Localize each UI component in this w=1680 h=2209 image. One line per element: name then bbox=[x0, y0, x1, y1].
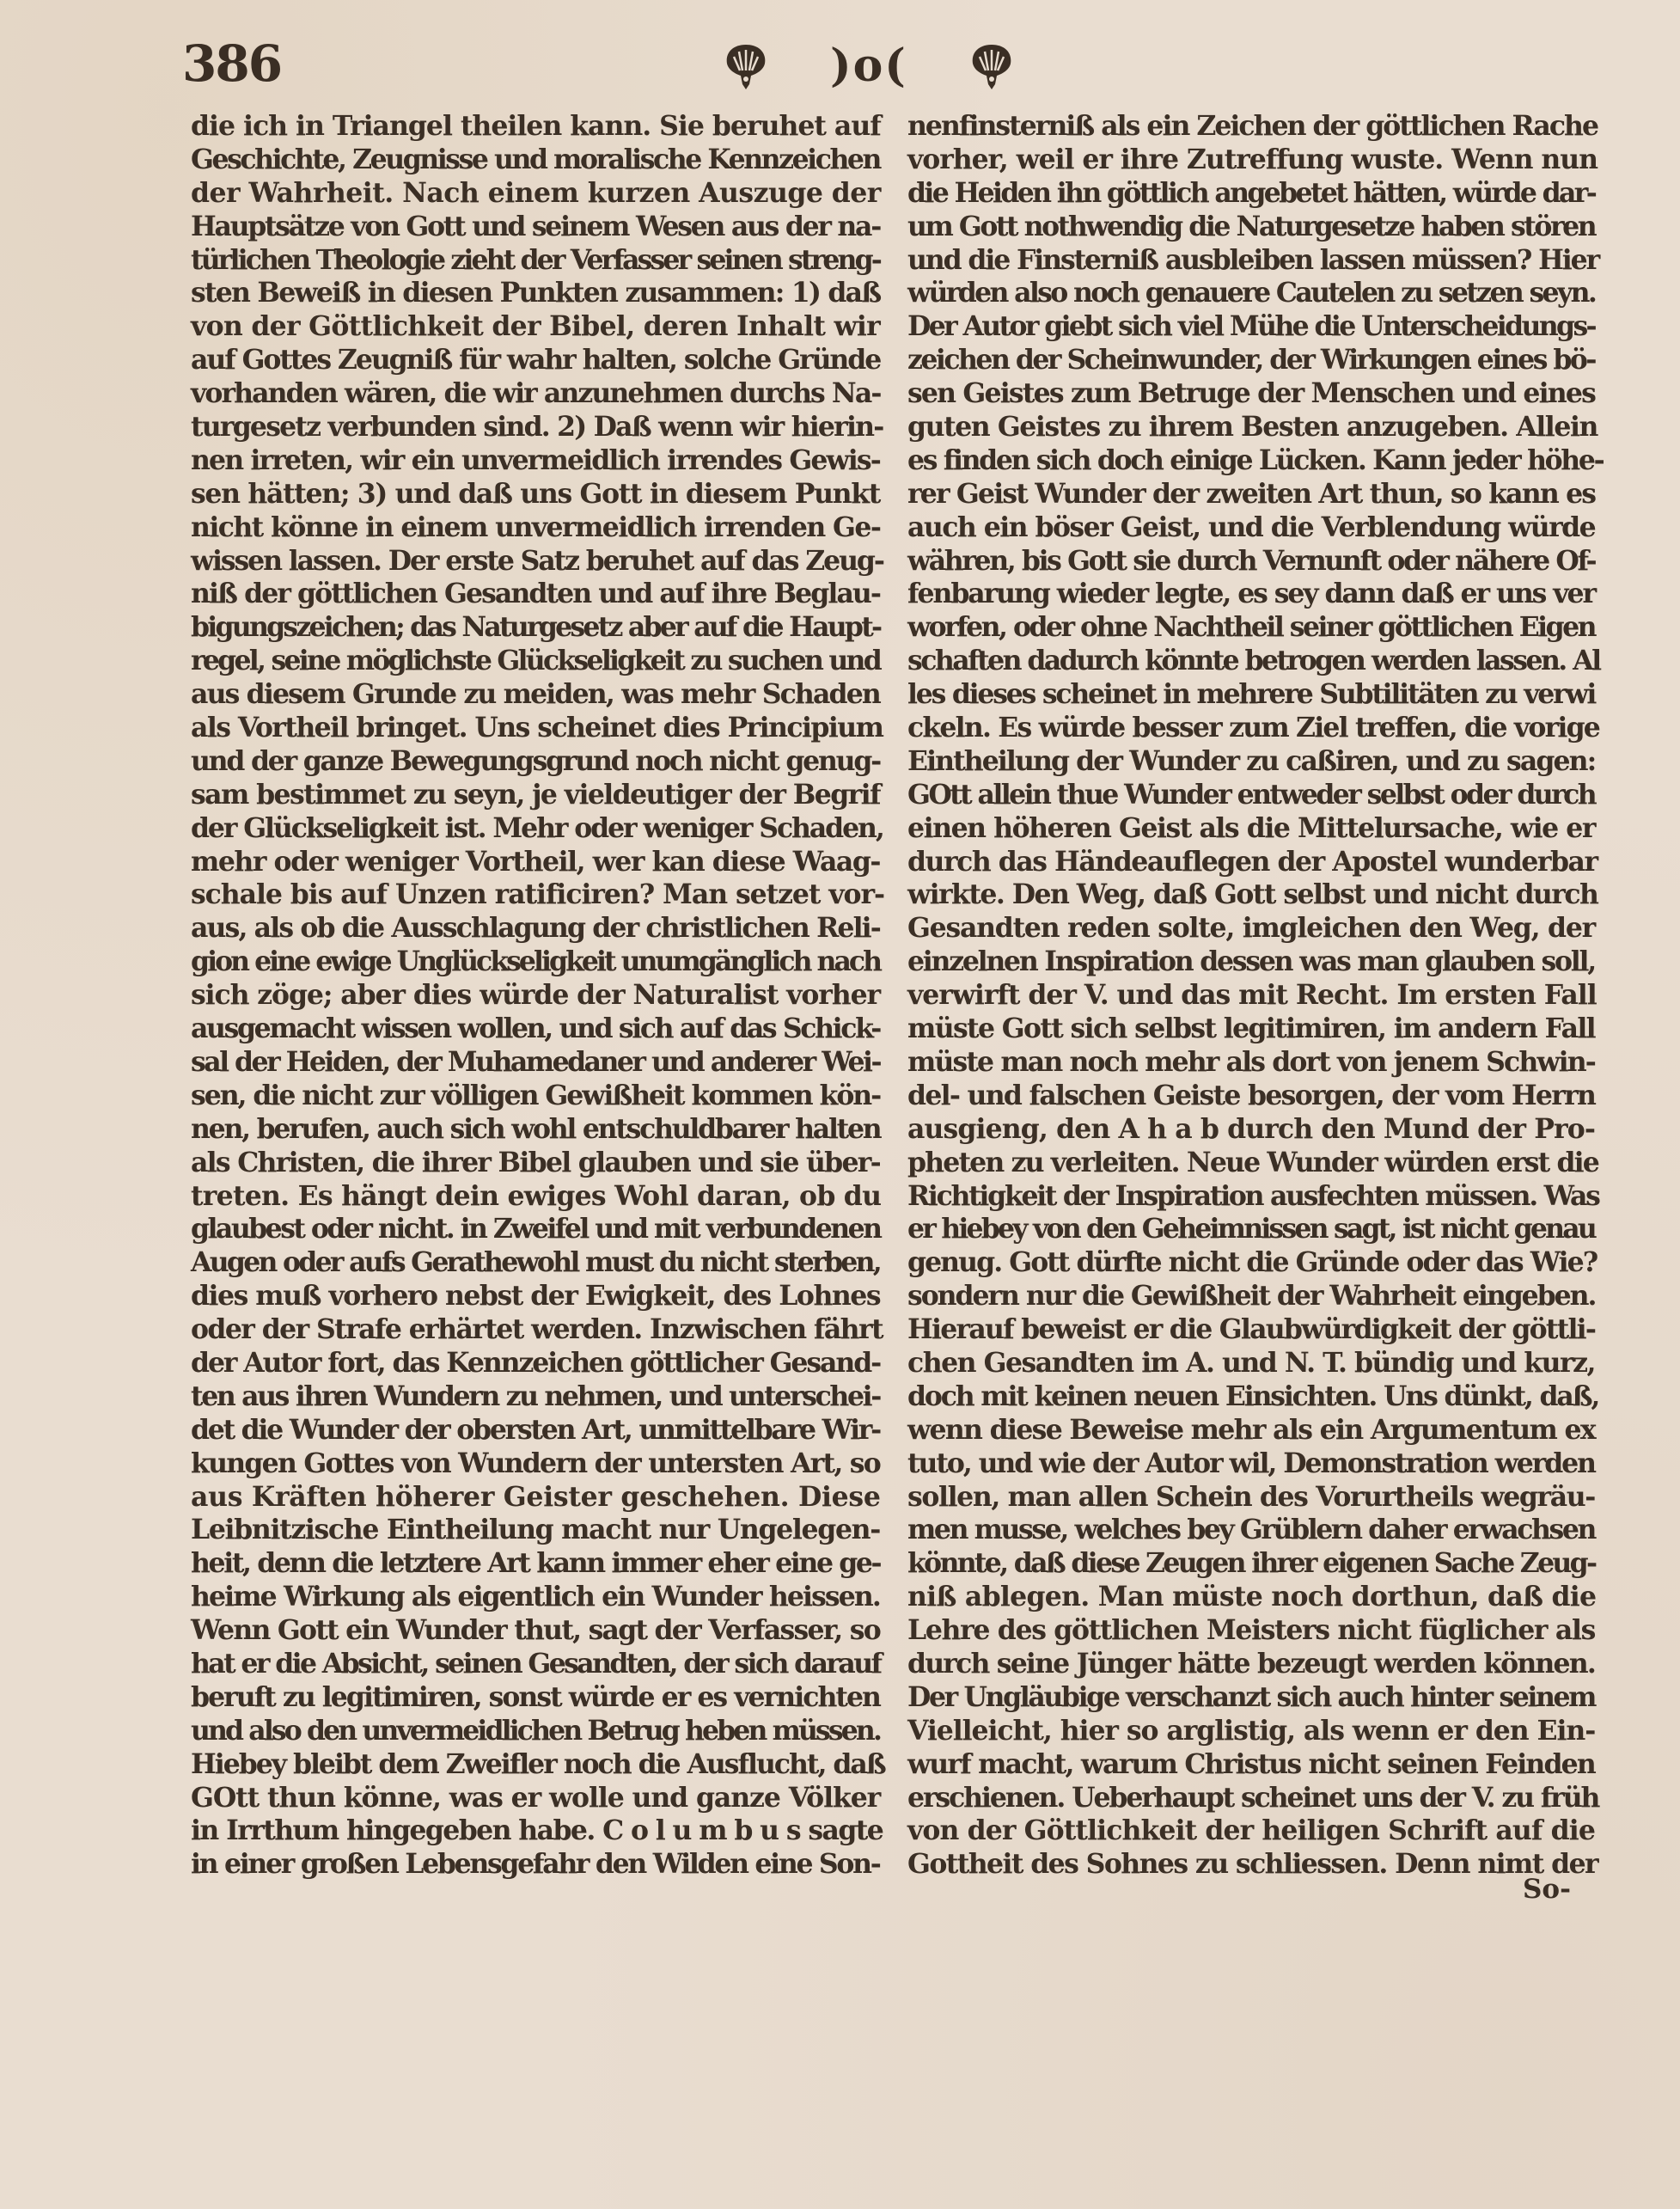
text-line: aus Kräften höherer Geister geschehen. D… bbox=[191, 1481, 880, 1514]
text-line: dies muß vorhero nebst der Ewigkeit, des… bbox=[191, 1280, 880, 1313]
text-line: um Gott nothwendig die Naturgesetze habe… bbox=[907, 211, 1595, 244]
page-header: 386 )o( bbox=[182, 34, 1591, 103]
text-line: von der Göttlichkeit der Bibel, deren In… bbox=[191, 310, 880, 344]
text-line: GOtt thun könne, was er wolle und ganze … bbox=[191, 1782, 880, 1815]
text-line: hat er die Absicht, seinen Gesandten, de… bbox=[191, 1648, 880, 1681]
text-line: bigungszeichen; das Naturgesetz aber auf… bbox=[191, 611, 880, 645]
text-line: del- und falschen Geiste besorgen, der v… bbox=[907, 1080, 1595, 1113]
text-line: Hiebey bleibt dem Zweifler noch die Ausf… bbox=[191, 1748, 880, 1782]
text-line: wirkte. Den Weg, daß Gott selbst und nic… bbox=[907, 878, 1595, 912]
text-line: Hierauf beweist er die Glaubwürdigkeit d… bbox=[907, 1313, 1595, 1347]
center-divider-glyph: )o( bbox=[830, 40, 907, 92]
text-line: Eintheilung der Wunder zu caßiren, und z… bbox=[907, 745, 1595, 779]
text-line: Lehre des göttlichen Meisters nicht fügl… bbox=[907, 1614, 1595, 1648]
text-line: nen, berufen, auch sich wohl entschuldba… bbox=[191, 1113, 880, 1147]
text-line: nicht könne in einem unvermeidlich irren… bbox=[191, 511, 880, 545]
text-line: gion eine ewige Unglückseligkeit unumgän… bbox=[191, 945, 880, 979]
text-line: als Christen, die ihrer Bibel glauben un… bbox=[191, 1147, 880, 1180]
text-line: chen Gesandten im A. und N. T. bündig un… bbox=[907, 1347, 1595, 1380]
text-line: turgesetz verbunden sind. 2) Daß wenn wi… bbox=[191, 411, 880, 444]
text-line: aus, als ob die Ausschlagung der christl… bbox=[191, 912, 880, 945]
page-number: 386 bbox=[182, 34, 281, 93]
text-line: währen, bis Gott sie durch Vernunft oder… bbox=[907, 545, 1595, 578]
text-line: wissen lassen. Der erste Satz beruhet au… bbox=[191, 545, 880, 578]
text-line: Gottheit des Sohnes zu schliessen. Denn … bbox=[907, 1848, 1595, 1882]
text-line: könnte, daß diese Zeugen ihrer eigenen S… bbox=[907, 1547, 1595, 1581]
text-line: niß ablegen. Man müste noch dorthun, daß… bbox=[907, 1581, 1595, 1614]
text-line: sen Geistes zum Betruge der Menschen und… bbox=[907, 377, 1595, 411]
text-line: doch mit keinen neuen Einsichten. Uns dü… bbox=[907, 1380, 1595, 1414]
text-line: niß der göttlichen Gesandten und auf ihr… bbox=[191, 578, 880, 611]
text-line: treten. Es hängt dein ewiges Wohl daran,… bbox=[191, 1180, 880, 1214]
text-line: worfen, oder ohne Nachtheil seiner göttl… bbox=[907, 611, 1595, 645]
text-line: verwirft der V. und das mit Recht. Im er… bbox=[907, 979, 1595, 1013]
text-line: beruft zu legitimiren, sonst würde er es… bbox=[191, 1681, 880, 1715]
text-line: men musse, welches bey Grüblern daher er… bbox=[907, 1514, 1595, 1547]
shell-ornament-icon bbox=[722, 41, 770, 91]
text-line: tuto, und wie der Autor wil, Demonstrati… bbox=[907, 1447, 1595, 1481]
text-line: die ich in Triangel theilen kann. Sie be… bbox=[191, 110, 880, 144]
text-line: GOtt allein thue Wunder entweder selbst … bbox=[907, 779, 1595, 812]
text-line: als Vortheil bringet. Uns scheinet dies … bbox=[191, 712, 880, 745]
text-line: genug. Gott dürfte nicht die Gründe oder… bbox=[907, 1246, 1595, 1280]
text-line: in einer großen Lebensgefahr den Wilden … bbox=[191, 1848, 880, 1882]
text-line: pheten zu verleiten. Neue Wunder würden … bbox=[907, 1147, 1595, 1180]
text-line: auch ein böser Geist, und die Verblendun… bbox=[907, 511, 1595, 545]
right-text-column: nenfinsterniß als ein Zeichen der göttli… bbox=[907, 110, 1595, 1882]
text-line: glaubest oder nicht. in Zweifel und mit … bbox=[191, 1213, 880, 1246]
text-line: schaften dadurch könnte betrogen werden … bbox=[907, 645, 1595, 678]
text-line: ausgemacht wissen wollen, und sich auf d… bbox=[191, 1013, 880, 1046]
text-line: und die Finsterniß ausbleiben lassen müs… bbox=[907, 244, 1595, 278]
text-line: einen höheren Geist als die Mittelursach… bbox=[907, 812, 1595, 846]
text-line: Hauptsätze von Gott und seinem Wesen aus… bbox=[191, 211, 880, 244]
text-line: müste man noch mehr als dort von jenem S… bbox=[907, 1046, 1595, 1080]
text-line: Vielleicht, hier so arglistig, als wenn … bbox=[907, 1715, 1595, 1748]
text-line: Der Ungläubige verschanzt sich auch hint… bbox=[907, 1681, 1595, 1715]
text-line: wurf macht, warum Christus nicht seinen … bbox=[907, 1748, 1595, 1782]
catchword: So- bbox=[1523, 1874, 1571, 1905]
text-line: sten Beweiß in diesen Punkten zusammen: … bbox=[191, 277, 880, 310]
text-line: einzelnen Inspiration dessen was man gla… bbox=[907, 945, 1595, 979]
text-line: Wenn Gott ein Wunder thut, sagt der Verf… bbox=[191, 1614, 880, 1648]
text-line: les dieses scheinet in mehrere Subtilitä… bbox=[907, 678, 1595, 712]
text-line: nen irreten, wir ein unvermeidlich irren… bbox=[191, 444, 880, 478]
text-line: der Autor fort, das Kennzeichen göttlich… bbox=[191, 1347, 880, 1380]
text-line: und der ganze Bewegungsgrund noch nicht … bbox=[191, 745, 880, 779]
text-line: vorhanden wären, die wir anzunehmen durc… bbox=[191, 377, 880, 411]
left-text-column: die ich in Triangel theilen kann. Sie be… bbox=[191, 110, 880, 1882]
text-line: guten Geistes zu ihrem Besten anzugeben.… bbox=[907, 411, 1595, 444]
text-line: fenbarung wieder legte, es sey dann daß … bbox=[907, 578, 1595, 611]
text-line: erschienen. Ueberhaupt scheinet uns der … bbox=[907, 1782, 1595, 1815]
header-ornament: )o( bbox=[722, 40, 1016, 92]
text-line: der Wahrheit. Nach einem kurzen Auszuge … bbox=[191, 177, 880, 211]
text-line: regel, seine möglichste Glückseligkeit z… bbox=[191, 645, 880, 678]
text-line: auf Gottes Zeugniß für wahr halten, solc… bbox=[191, 344, 880, 377]
text-line: oder der Strafe erhärtet werden. Inzwisc… bbox=[191, 1313, 880, 1347]
text-line: er hiebey von den Geheimnissen sagt, ist… bbox=[907, 1213, 1595, 1246]
text-line: die Heiden ihn göttlich angebetet hätten… bbox=[907, 177, 1595, 211]
text-line: kungen Gottes von Wundern der untersten … bbox=[191, 1447, 880, 1481]
text-line: es finden sich doch einige Lücken. Kann … bbox=[907, 444, 1595, 478]
text-line: sen, die nicht zur völligen Gewißheit ko… bbox=[191, 1080, 880, 1113]
text-line: ckeln. Es würde besser zum Ziel treffen,… bbox=[907, 712, 1595, 745]
text-line: ausgieng, den A h a b durch den Mund der… bbox=[907, 1113, 1595, 1147]
text-line: Leibnitzische Eintheilung macht nur Unge… bbox=[191, 1514, 880, 1547]
text-line: zeichen der Scheinwunder, der Wirkungen … bbox=[907, 344, 1595, 377]
text-line: durch das Händeauflegen der Apostel wund… bbox=[907, 846, 1595, 879]
text-line: Augen oder aufs Gerathewohl must du nich… bbox=[191, 1246, 880, 1280]
text-line: aus diesem Grunde zu meiden, was mehr Sc… bbox=[191, 678, 880, 712]
text-line: müste Gott sich selbst legitimiren, im a… bbox=[907, 1013, 1595, 1046]
text-line: Geschichte, Zeugnisse und moralische Ken… bbox=[191, 144, 880, 177]
text-line: vorher, weil er ihre Zutreffung wuste. W… bbox=[907, 144, 1595, 177]
text-line: von der Göttlichkeit der heiligen Schrif… bbox=[907, 1814, 1595, 1848]
text-line: sen hätten; 3) und daß uns Gott in diese… bbox=[191, 478, 880, 511]
text-line: türlichen Theologie zieht der Verfasser … bbox=[191, 244, 880, 278]
text-line: heit, denn die letztere Art kann immer e… bbox=[191, 1547, 880, 1581]
shell-ornament-icon bbox=[968, 41, 1016, 91]
text-line: sal der Heiden, der Muhamedaner und ande… bbox=[191, 1046, 880, 1080]
text-line: det die Wunder der obersten Art, unmitte… bbox=[191, 1414, 880, 1447]
text-line: mehr oder weniger Vortheil, wer kan dies… bbox=[191, 846, 880, 879]
text-line: sondern nur die Gewißheit der Wahrheit e… bbox=[907, 1280, 1595, 1313]
text-line: schale bis auf Unzen ratificiren? Man se… bbox=[191, 878, 880, 912]
text-line: und also den unvermeidlichen Betrug hebe… bbox=[191, 1715, 880, 1748]
text-line: Richtigkeit der Inspiration ausfechten m… bbox=[907, 1180, 1595, 1214]
text-line: sam bestimmet zu seyn, je vieldeutiger d… bbox=[191, 779, 880, 812]
text-line: rer Geist Wunder der zweiten Art thun, s… bbox=[907, 478, 1595, 511]
text-line: heime Wirkung als eigentlich ein Wunder … bbox=[191, 1581, 880, 1614]
text-line: der Glückseligkeit ist. Mehr oder wenige… bbox=[191, 812, 880, 846]
text-line: nenfinsterniß als ein Zeichen der göttli… bbox=[907, 110, 1595, 144]
text-line: würden also noch genauere Cautelen zu se… bbox=[907, 277, 1595, 310]
text-line: Der Autor giebt sich viel Mühe die Unter… bbox=[907, 310, 1595, 344]
text-line: durch seine Jünger hätte bezeugt werden … bbox=[907, 1648, 1595, 1681]
text-line: wenn diese Beweise mehr als ein Argument… bbox=[907, 1414, 1595, 1447]
text-line: sich zöge; aber dies würde der Naturalis… bbox=[191, 979, 880, 1013]
text-line: ten aus ihren Wundern zu nehmen, und unt… bbox=[191, 1380, 880, 1414]
text-line: in Irrthum hingegeben habe. C o l u m b … bbox=[191, 1814, 880, 1848]
text-line: sollen, man allen Schein des Vorurtheils… bbox=[907, 1481, 1595, 1514]
text-line: Gesandten reden solte, imgleichen den We… bbox=[907, 912, 1595, 945]
